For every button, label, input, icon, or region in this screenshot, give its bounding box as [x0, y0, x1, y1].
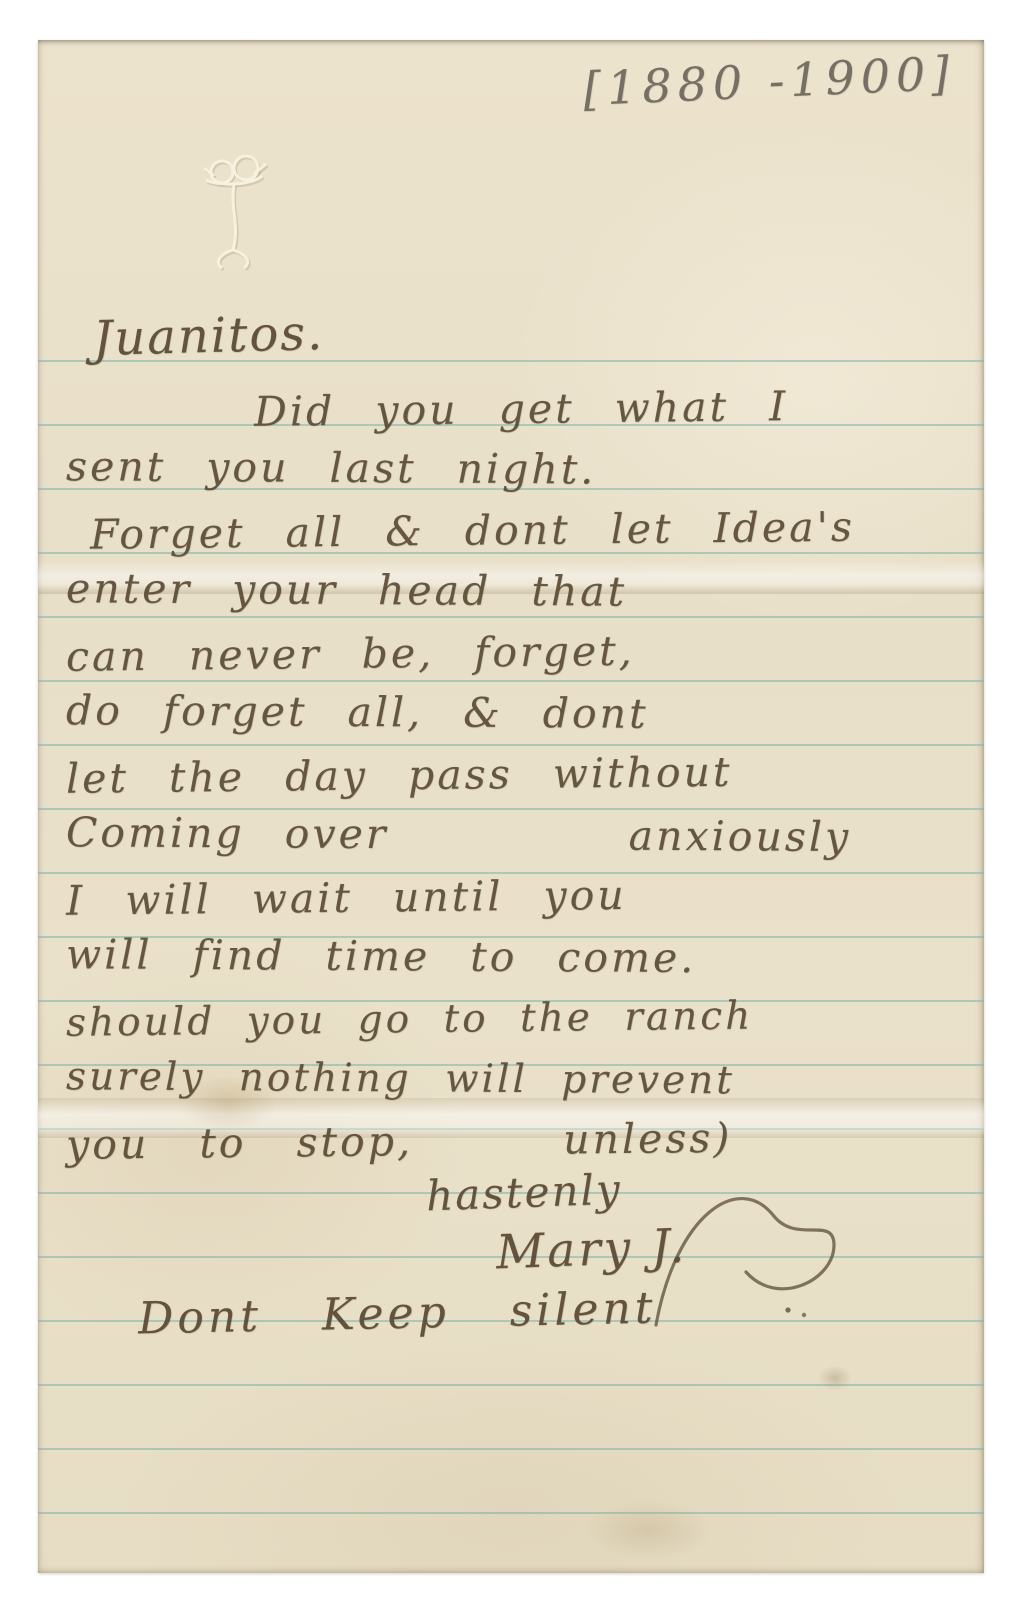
letter-line: enter your head that	[66, 558, 976, 625]
stain	[818, 1365, 852, 1391]
postscript: Dont Keep silent	[138, 1283, 657, 1345]
letter-line: should you go to the ranch	[66, 983, 977, 1054]
signature-flourish-icon	[638, 1160, 878, 1335]
letter-line: do forget all, & dont	[66, 680, 976, 747]
date-annotation: [1880 -1900]	[582, 46, 956, 116]
letter-paper: [1880 -1900] Juanitos. Did you get what …	[38, 40, 984, 1573]
letter-line: Forget all & dont let Idea's	[90, 495, 977, 565]
stain	[583, 1500, 713, 1560]
letter-line: let the day pass without	[66, 739, 977, 810]
letter-line: Coming over anxiously	[66, 802, 976, 869]
letter-line: Did you get what I	[254, 374, 977, 443]
letter-line: will find time to come.	[66, 924, 976, 991]
letter-line: I will wait until you	[66, 861, 977, 932]
closing: hastenly	[425, 1165, 622, 1221]
letter-line: surely nothing will prevent	[66, 1046, 976, 1113]
letter-body: Did you get what Isent you last night.Fo…	[66, 378, 976, 1171]
letter-line: can never be, forget,	[66, 617, 977, 688]
embossed-seal-icon	[196, 150, 274, 275]
letter-line: sent you last night.	[66, 436, 976, 503]
salutation: Juanitos.	[92, 305, 325, 367]
scanned-letter-page: [1880 -1900] Juanitos. Did you get what …	[0, 0, 1024, 1618]
